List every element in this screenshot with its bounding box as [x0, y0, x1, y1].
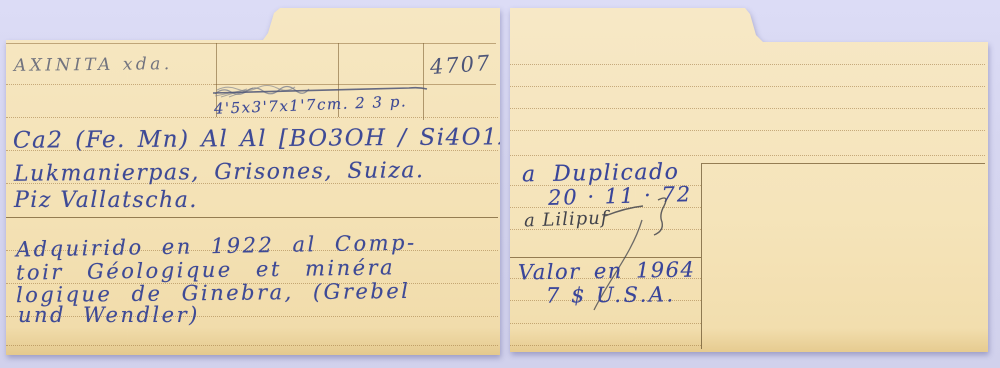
value-amount: 7 $ U.S.A.	[546, 284, 676, 306]
ruled-line	[6, 117, 498, 118]
card-paper-back: a Duplicado 20 · 11 · 72 a Lilipuf Valor…	[510, 8, 988, 352]
ruled-line	[510, 155, 985, 156]
chemical-formula: Ca2 (Fe. Mn) Al Al [BO3OH / Si4O12	[13, 126, 514, 152]
card-title: AXINITA xda.	[14, 56, 173, 75]
locality-line-2: Piz Vallatscha.	[14, 190, 198, 212]
column-divider	[701, 163, 702, 349]
value-year: Valor en 1964	[518, 259, 696, 283]
acquisition-line-4: und Wendler)	[18, 305, 200, 326]
dimensions-note: 4'5x3'7x1'7cm. 2 3 p.	[214, 94, 408, 116]
locality-line-1: Lukmanierpas, Grisones, Suiza.	[14, 160, 425, 186]
ruled-line	[510, 130, 985, 131]
ruled-line	[6, 217, 498, 218]
ruled-line	[510, 64, 985, 65]
mineral-card-front: AXINITA xda. 4707 4'5x3'7x1'7cm. 2 3 p. …	[6, 8, 500, 355]
card-paper-front: AXINITA xda. 4707 4'5x3'7x1'7cm. 2 3 p. …	[6, 8, 500, 355]
scanned-index-cards: AXINITA xda. 4707 4'5x3'7x1'7cm. 2 3 p. …	[0, 0, 1000, 368]
ruled-line	[6, 84, 214, 85]
ruled-line	[510, 108, 985, 109]
section-divider	[702, 163, 985, 164]
mineral-card-back: a Duplicado 20 · 11 · 72 a Lilipuf Valor…	[510, 8, 988, 352]
ruled-line	[510, 86, 985, 87]
ruled-line	[6, 345, 498, 346]
catalog-number: 4707	[429, 53, 492, 78]
